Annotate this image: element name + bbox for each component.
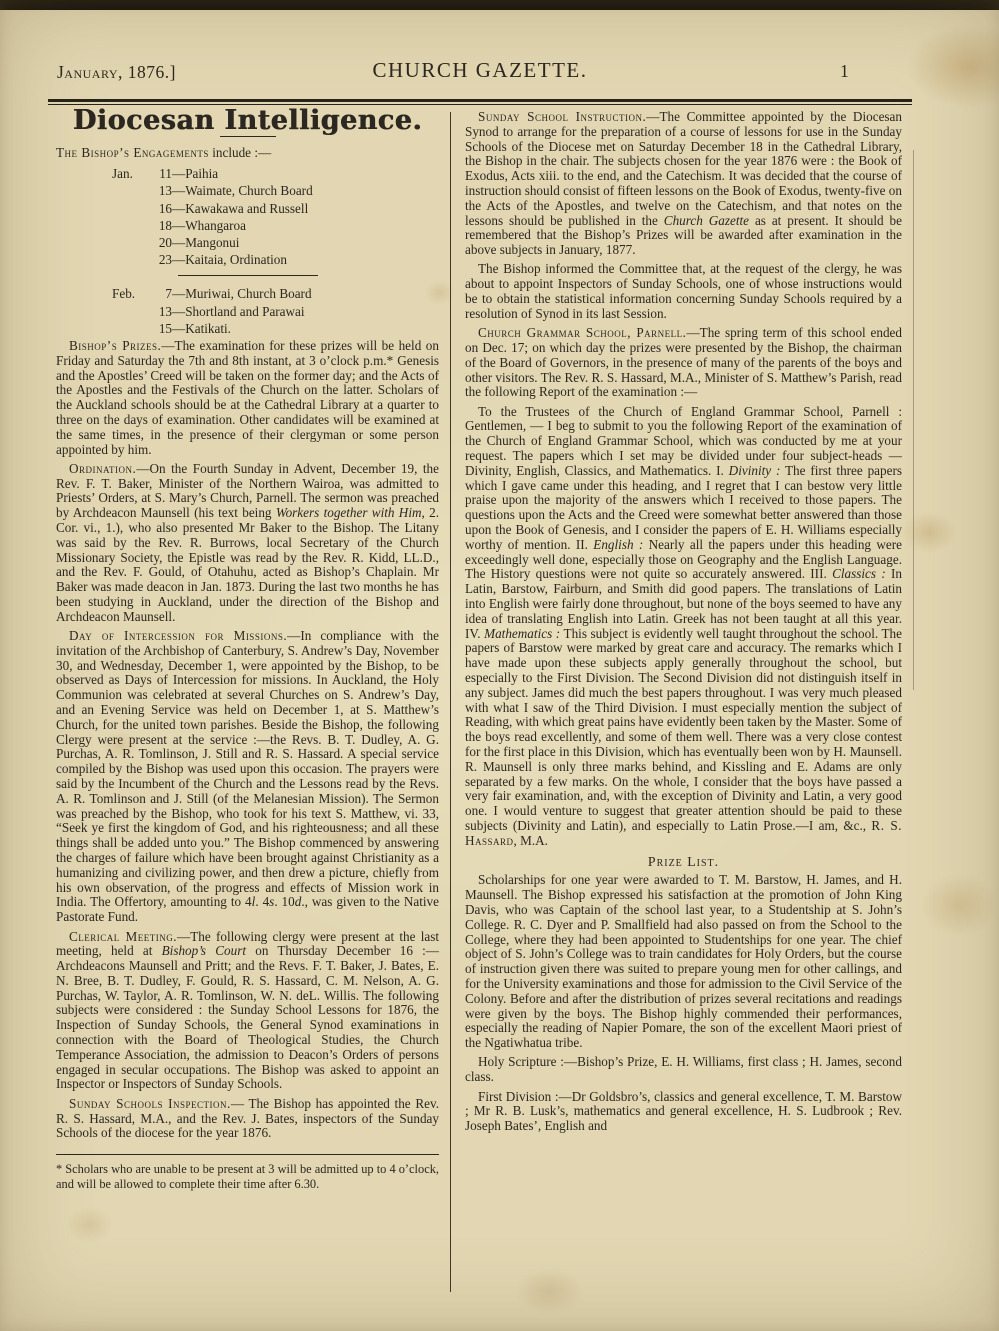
paragraph: Clerical Meeting.—The following clergy w…: [56, 930, 439, 1093]
small-caps-run: Sunday School Instruction.: [478, 109, 646, 124]
left-column: Diocesan Intelligence.The Bishop’s Engag…: [56, 112, 439, 1193]
engagement-place: —Whangaroa: [172, 218, 246, 233]
text-run: —The Committee appointed by the Diocesan…: [465, 109, 902, 228]
right-column: Sunday School Instruction.—The Committee…: [465, 110, 902, 1138]
engagement-day: 15: [152, 320, 172, 337]
engagement-place: —Paihia: [172, 166, 218, 181]
paragraph: Sunday Schools Inspection.— The Bishop h…: [56, 1097, 439, 1141]
paragraph: Scholarships for one year were awarded t…: [465, 873, 902, 1051]
text-run: This subject is evidently well taught th…: [465, 626, 902, 833]
paragraph: Sunday School Instruction.—The Committee…: [465, 110, 902, 258]
text-run: —In compliance with the invitation of th…: [56, 628, 439, 909]
small-caps-run: Clerical Meeting.: [69, 929, 177, 944]
page-top-edge: [0, 0, 999, 10]
engagement-list: Jan.11—Paihia13—Waimate, Church Board16—…: [56, 165, 439, 268]
paragraph: First Division :—Dr Goldsbro’s, classics…: [465, 1090, 902, 1134]
small-caps-run: Sunday Schools Inspection.: [69, 1096, 231, 1111]
italic-run: Classics :: [832, 566, 886, 581]
page-number: 1: [840, 61, 849, 82]
engagement-item: Feb.7—Muriwai, Church Board: [112, 285, 439, 302]
paragraph: Bishop’s Prizes.—The examination for the…: [56, 339, 439, 457]
italic-run: English :: [593, 537, 643, 552]
engagement-day: 20: [152, 234, 172, 251]
paragraph: The Bishop’s Engagements include :—: [56, 146, 439, 161]
italic-run: Divinity :: [729, 463, 781, 478]
text-run: include :—: [209, 145, 271, 160]
engagement-place: —Waimate, Church Board: [172, 183, 313, 198]
engagement-month: Feb.: [112, 285, 152, 302]
small-caps-run: Bishop’s Prizes.: [69, 338, 161, 353]
text-run: —The examination for these prizes will b…: [56, 338, 439, 457]
engagement-list: Feb.7—Muriwai, Church Board13—Shortland …: [56, 285, 439, 337]
engagement-month: Jan.: [112, 165, 152, 182]
engagement-place: —Muriwai, Church Board: [172, 286, 312, 301]
italic-run: Bishop’s Court: [162, 943, 246, 958]
engagement-place: —Katikati.: [172, 321, 231, 336]
paragraph: Day of Intercession for Missions.—In com…: [56, 629, 439, 925]
engagement-item: 13—Waimate, Church Board: [112, 182, 439, 199]
engagement-item: 15—Katikati.: [112, 320, 439, 337]
paragraph: Ordination.—On the Fourth Sunday in Adve…: [56, 462, 439, 625]
engagement-day: 18: [152, 217, 172, 234]
engagement-item: 20—Mangonui: [112, 234, 439, 251]
text-run: * Scholars who are unable to be present …: [56, 1162, 439, 1191]
engagement-place: —Kaitaia, Ordination: [172, 252, 287, 267]
text-run: The Bishop informed the Committee that, …: [465, 261, 902, 320]
engagement-item: Jan.11—Paihia: [112, 165, 439, 182]
paragraph: Church Grammar School, Parnell.—The spri…: [465, 326, 902, 400]
engagement-day: 7: [152, 285, 172, 302]
engagement-item: 18—Whangaroa: [112, 217, 439, 234]
engagement-day: 13: [152, 182, 172, 199]
small-caps-run: Day of Intercession for Missions.: [69, 628, 287, 643]
page-edge-line: [913, 150, 914, 690]
italic-run: Workers together with Him: [276, 505, 422, 520]
text-run: Holy Scripture :—Bishop’s Prize, E. H. W…: [465, 1054, 902, 1084]
paragraph: The Bishop informed the Committee that, …: [465, 262, 902, 321]
paragraph: To the Trustees of the Church of England…: [465, 405, 902, 849]
engagement-place: —Shortland and Parawai: [172, 304, 305, 319]
engagement-day: 11: [152, 165, 172, 182]
footnote-text: * Scholars who are unable to be present …: [56, 1162, 439, 1192]
text-run: Scholarships for one year were awarded t…: [465, 872, 902, 1050]
engagement-day: 23: [152, 251, 172, 268]
text-run: on Thursday December 16 :— Archdeacons M…: [56, 943, 439, 1091]
page-title: CHURCH GAZETTE.: [48, 58, 912, 83]
text-run: . 10: [274, 894, 294, 909]
decorative-rule: [178, 275, 318, 276]
italic-run: Mathematics :: [484, 626, 560, 641]
engagement-item: 23—Kaitaia, Ordination: [112, 251, 439, 268]
text-run: . 4: [255, 894, 269, 909]
text-run: First Division :—Dr Goldsbro’s, classics…: [465, 1089, 902, 1134]
text-run: , M.A.: [514, 833, 548, 848]
engagement-item: 13—Shortland and Parawai: [112, 303, 439, 320]
subsection-heading: Prize List.: [465, 855, 902, 870]
footnote-rule: [56, 1154, 439, 1155]
engagement-day: 13: [152, 303, 172, 320]
small-caps-run: Ordination.: [69, 461, 136, 476]
paragraph: Holy Scripture :—Bishop’s Prize, E. H. W…: [465, 1055, 902, 1085]
small-caps-run: The Bishop’s Engagements: [56, 145, 209, 160]
section-heading: Diocesan Intelligence.: [56, 114, 439, 129]
engagement-day: 16: [152, 200, 172, 217]
engagement-place: —Mangonui: [172, 235, 239, 250]
page: January, 1876.] CHURCH GAZETTE. 1 Dioces…: [0, 0, 999, 1331]
column-divider: [450, 112, 451, 1292]
text-run: , 2. Cor. vi., 1.), who also presented M…: [56, 505, 439, 624]
engagement-place: —Kawakawa and Russell: [172, 201, 308, 216]
italic-run: Church Gazette: [664, 213, 749, 228]
engagement-item: 16—Kawakawa and Russell: [112, 200, 439, 217]
small-caps-run: Church Grammar School, Parnell.: [478, 325, 686, 340]
